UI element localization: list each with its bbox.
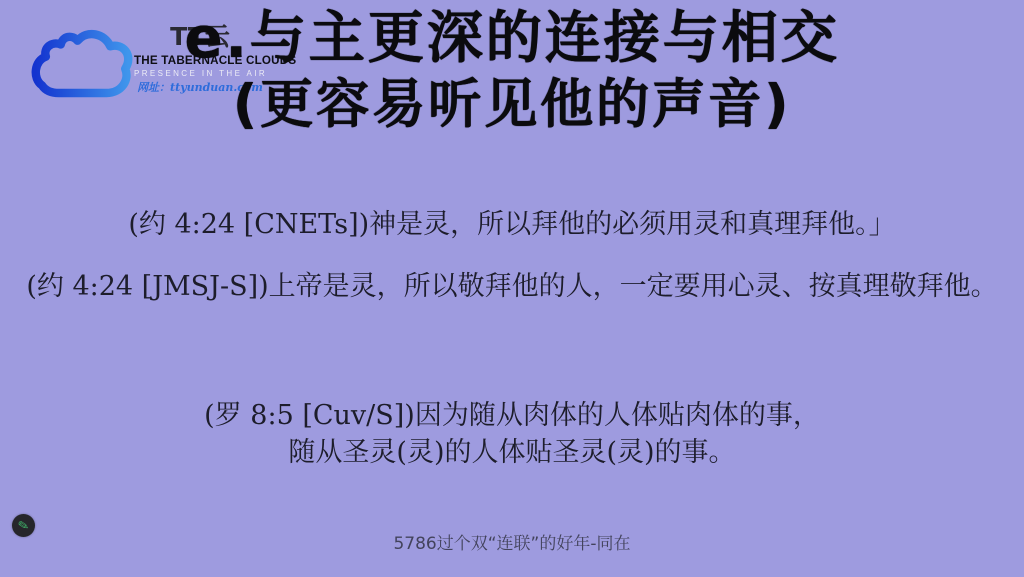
presentation-slide: TT云 THE TABERNACLE CLOUDS PRESENCE IN TH…	[0, 0, 1024, 577]
page-subtitle: (更容易听见他的声音)	[0, 75, 1024, 134]
verse-line: (约 4:24 [CNETs])神是灵，所以拜他的必须用灵和真理拜他。」	[0, 202, 1024, 241]
verse-line: 随从圣灵(灵)的人体贴圣灵(灵)的事。	[0, 430, 1024, 469]
title-block: e.与主更深的连接与相交 (更容易听见他的声音)	[0, 8, 1024, 134]
pen-icon: ✎	[17, 518, 30, 533]
pen-badge: ✎	[12, 514, 35, 537]
verse-line: (约 4:24 [JMSJ-S])上帝是灵，所以敬拜他的人，一定要用心灵、按真理…	[0, 264, 1024, 303]
page-title: e.与主更深的连接与相交	[0, 8, 1024, 71]
verse-line: (罗 8:5 [Cuv/S])因为随从肉体的人体贴肉体的事，	[0, 393, 1024, 432]
footer-caption: 5786过个双“连联”的好年-同在	[0, 529, 1024, 554]
